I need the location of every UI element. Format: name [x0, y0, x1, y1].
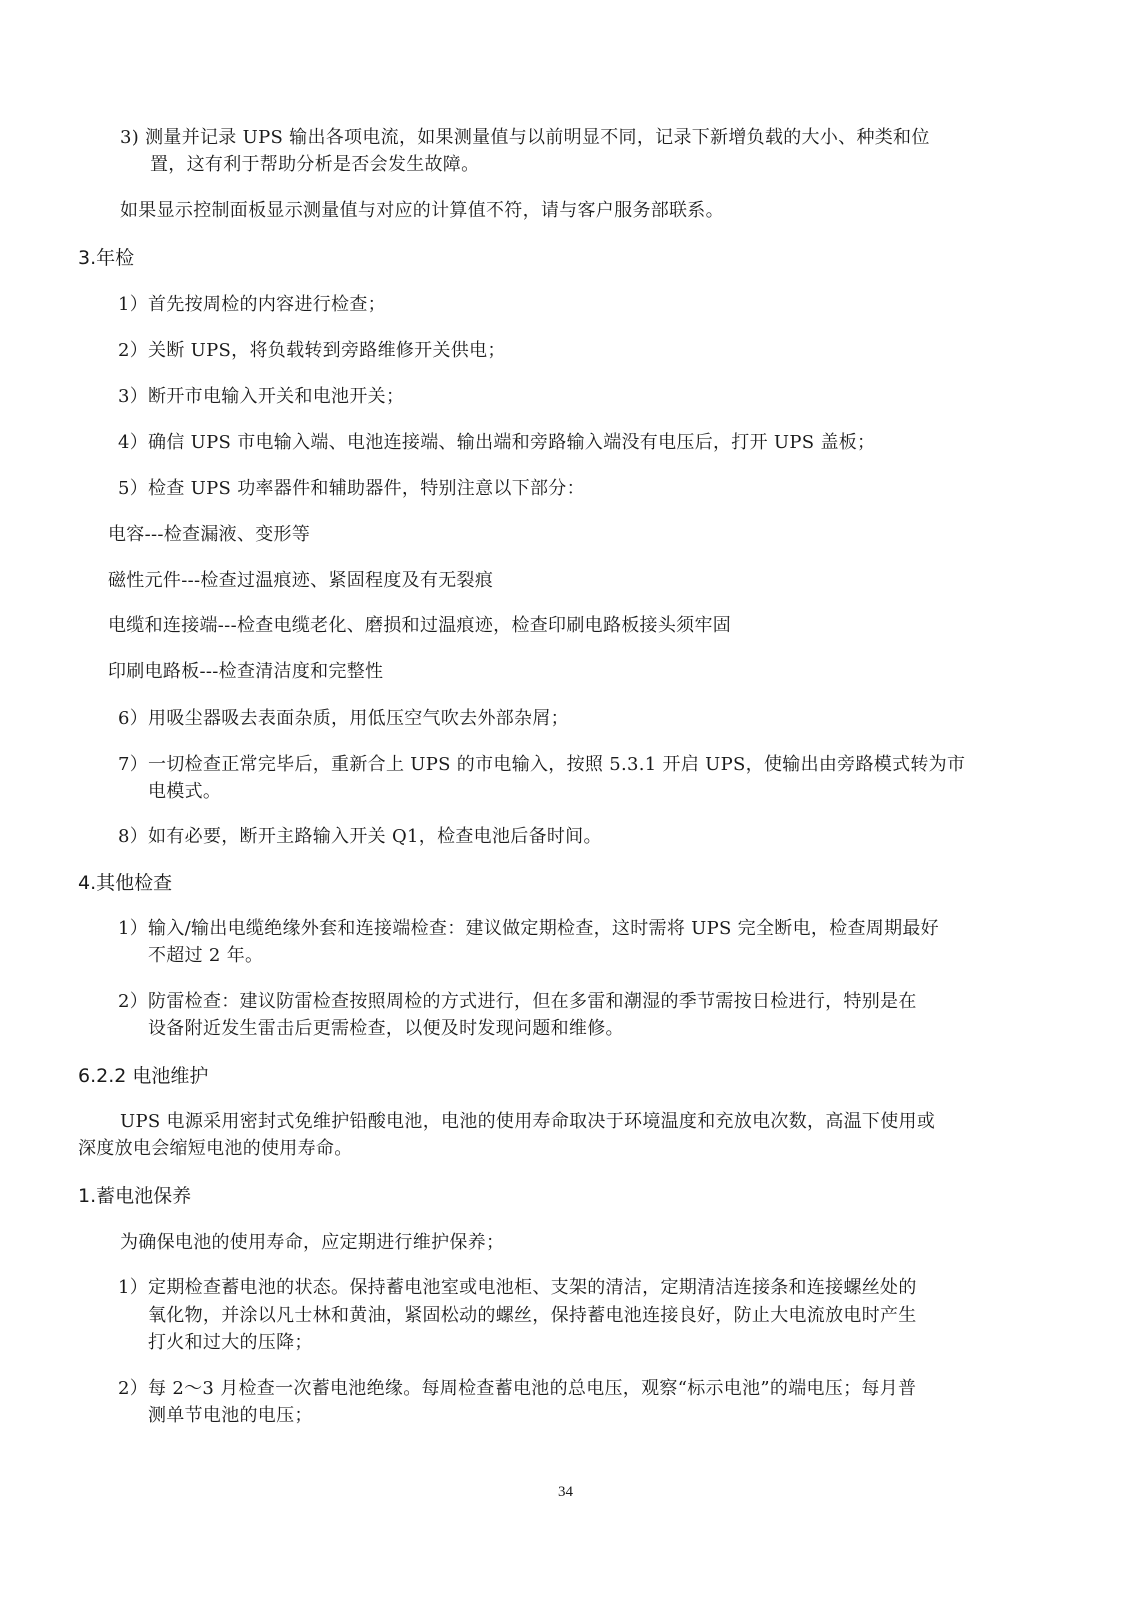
section-heading: 1.蓄电池保养	[78, 1182, 191, 1210]
list-item-line: 3）断开市电输入开关和电池开关；	[118, 383, 404, 411]
page-number: 34	[0, 1484, 1131, 1501]
section-heading: 3.年检	[78, 244, 134, 272]
sub-item-line: 电缆和连接端---检查电缆老化、磨损和过温痕迹，检查印刷电路板接头须牢固	[108, 612, 731, 640]
paragraph-line: UPS 电源采用密封式免维护铅酸电池，电池的使用寿命取决于环境温度和充放电次数，…	[120, 1108, 935, 1136]
list-item-line: 氧化物，并涂以凡士林和黄油，紧固松动的螺丝，保持蓄电池连接良好，防止大电流放电时…	[148, 1302, 917, 1330]
paragraph-line: 深度放电会缩短电池的使用寿命。	[78, 1135, 353, 1163]
list-item-line: 3) 测量并记录 UPS 输出各项电流，如果测量值与以前明显不同，记录下新增负载…	[120, 124, 930, 152]
list-item-line: 6）用吸尘器吸去表面杂质，用低压空气吹去外部杂屑；	[118, 705, 569, 733]
section-heading: 6.2.2 电池维护	[78, 1062, 208, 1090]
sub-item-line: 磁性元件---检查过温痕迹、紧固程度及有无裂痕	[108, 567, 493, 595]
list-item-line: 2）每 2～3 月检查一次蓄电池绝缘。每周检查蓄电池的总电压，观察“标示电池”的…	[118, 1375, 916, 1403]
list-item-line: 1）定期检查蓄电池的状态。保持蓄电池室或电池柜、支架的清洁，定期清洁连接条和连接…	[118, 1274, 917, 1302]
sub-item-line: 电容---检查漏液、变形等	[108, 521, 310, 549]
paragraph-line: 如果显示控制面板显示测量值与对应的计算值不符，请与客户服务部联系。	[120, 197, 724, 225]
list-item-line: 打火和过大的压降；	[148, 1329, 313, 1357]
sub-item-line: 印刷电路板---检查清洁度和完整性	[108, 658, 383, 686]
list-item-line: 置，这有利于帮助分析是否会发生故障。	[150, 151, 479, 179]
list-item-line: 电模式。	[148, 778, 221, 806]
list-item-line: 2）防雷检查：建议防雷检查按照周检的方式进行，但在多雷和潮湿的季节需按日检进行，…	[118, 988, 917, 1016]
list-item-line: 2）关断 UPS，将负载转到旁路维修开关供电；	[118, 337, 506, 365]
list-item-line: 7）一切检查正常完毕后，重新合上 UPS 的市电输入，按照 5.3.1 开启 U…	[118, 751, 965, 779]
list-item-line: 5）检查 UPS 功率器件和辅助器件，特别注意以下部分：	[118, 475, 585, 503]
list-item-line: 1）输入/输出电缆绝缘外套和连接端检查：建议做定期检查，这时需将 UPS 完全断…	[118, 915, 939, 943]
paragraph-line: 为确保电池的使用寿命，应定期进行维护保养；	[120, 1229, 504, 1257]
section-heading: 4.其他检查	[78, 869, 172, 897]
list-item-line: 4）确信 UPS 市电输入端、电池连接端、输出端和旁路输入端没有电压后，打开 U…	[118, 429, 875, 457]
list-item-line: 不超过 2 年。	[148, 942, 263, 970]
document-page: 3) 测量并记录 UPS 输出各项电流，如果测量值与以前明显不同，记录下新增负载…	[0, 0, 1131, 1600]
list-item-line: 设备附近发生雷击后更需检查，以便及时发现问题和维修。	[148, 1015, 624, 1043]
list-item-line: 测单节电池的电压；	[148, 1402, 313, 1430]
list-item-line: 1）首先按周检的内容进行检查；	[118, 291, 386, 319]
list-item-line: 8）如有必要，断开主路输入开关 Q1，检查电池后备时间。	[118, 823, 602, 851]
